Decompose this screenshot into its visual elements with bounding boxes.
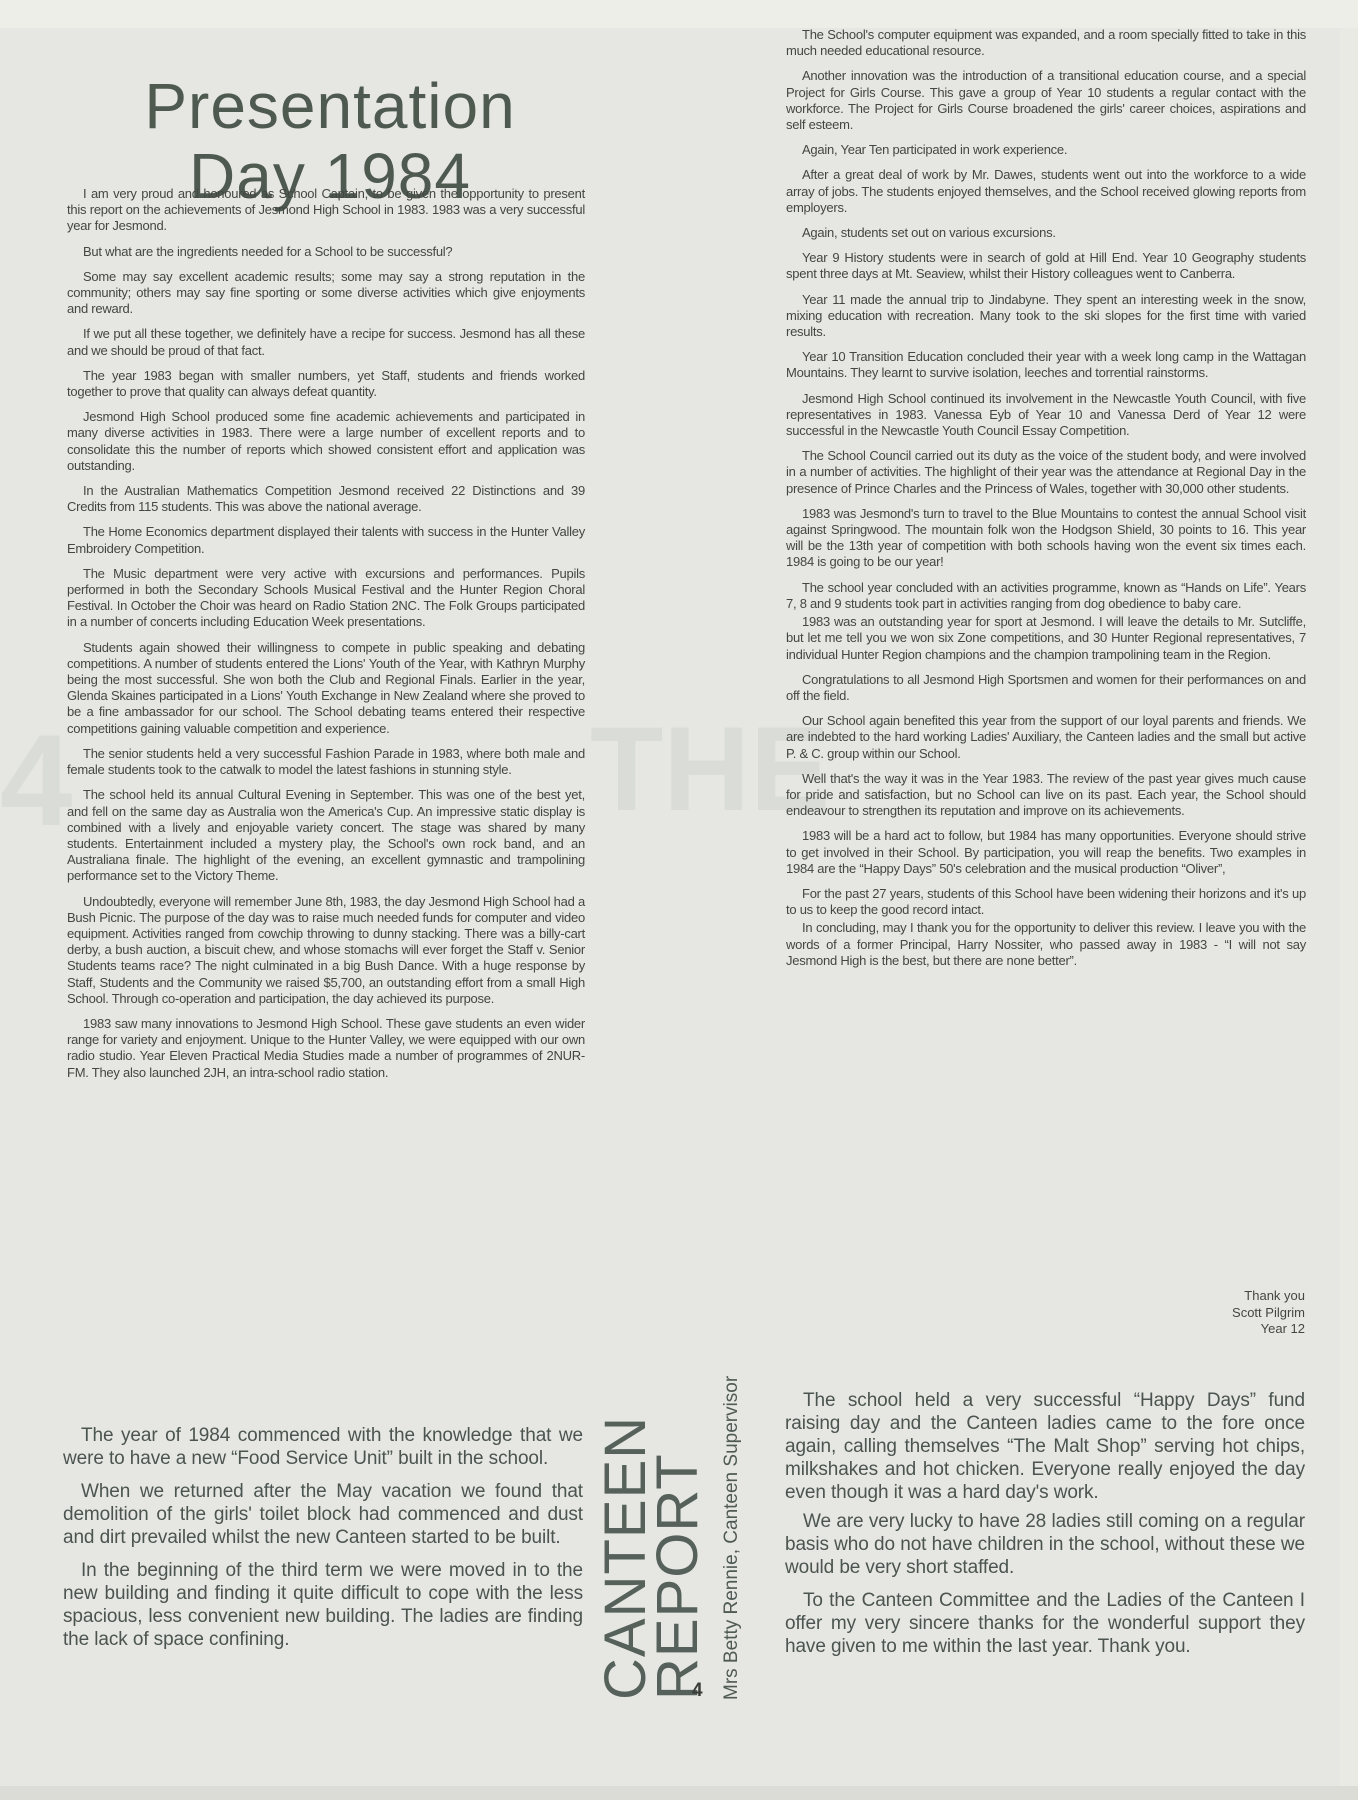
paragraph: The school held a very successful “Happy…: [785, 1389, 1305, 1504]
canteen-report-byline: Mrs Betty Rennie, Canteen Supervisor: [721, 1376, 743, 1700]
paragraph: Our School again benefited this year fro…: [786, 713, 1306, 762]
paragraph: Congratulations to all Jesmond High Spor…: [786, 672, 1306, 704]
paragraph: The school held its annual Cultural Even…: [67, 787, 585, 884]
signature-year: Year 12: [1100, 1321, 1305, 1338]
paragraph: 1983 was Jesmond's turn to travel to the…: [786, 506, 1306, 571]
paragraph: 1983 was an outstanding year for sport a…: [786, 614, 1306, 663]
page-top-margin: [0, 0, 1358, 28]
paragraph: For the past 27 years, students of this …: [786, 886, 1306, 918]
paragraph: In the beginning of the third term we we…: [63, 1559, 583, 1651]
paragraph: 1983 saw many innovations to Jesmond Hig…: [67, 1016, 585, 1081]
paragraph: The school year concluded with an activi…: [786, 580, 1306, 612]
paragraph: Jesmond High School produced some fine a…: [67, 409, 585, 474]
paragraph: If we put all these together, we definit…: [67, 326, 585, 358]
signature-name: Scott Pilgrim: [1100, 1305, 1305, 1322]
paragraph: To the Canteen Committee and the Ladies …: [785, 1589, 1305, 1658]
paragraph: 1983 will be a hard act to follow, but 1…: [786, 828, 1306, 877]
paragraph: After a great deal of work by Mr. Dawes,…: [786, 167, 1306, 216]
paragraph: Undoubtedly, everyone will remember June…: [67, 894, 585, 1007]
title-line-1: Presentation: [144, 70, 515, 142]
paragraph: But what are the ingredients needed for …: [67, 244, 585, 260]
canteen-report-heading: CANTEEN REPORT: [600, 1416, 704, 1700]
report-right-column: The School's computer equipment was expa…: [786, 27, 1306, 978]
paragraph: Year 10 Transition Education concluded t…: [786, 349, 1306, 381]
paragraph: Students again showed their willingness …: [67, 640, 585, 737]
report-left-column: I am very proud and honoured as School C…: [67, 186, 585, 1090]
signature-block: Thank you Scott Pilgrim Year 12: [1100, 1288, 1305, 1338]
paragraph: Well that's the way it was in the Year 1…: [786, 771, 1306, 820]
paragraph: Some may say excellent academic results;…: [67, 269, 585, 318]
paragraph: I am very proud and honoured as School C…: [67, 186, 585, 235]
paragraph: The Music department were very active wi…: [67, 566, 585, 631]
paragraph: Jesmond High School continued its involv…: [786, 391, 1306, 440]
page-number: 4: [692, 1680, 703, 1702]
paragraph: Again, students set out on various excur…: [786, 225, 1306, 241]
signature-thanks: Thank you: [1100, 1288, 1305, 1305]
paragraph: In concluding, may I thank you for the o…: [786, 920, 1306, 969]
heading-line-2: REPORT: [645, 1453, 710, 1700]
paragraph: When we returned after the May vacation …: [63, 1480, 583, 1549]
canteen-report-right: The school held a very successful “Happy…: [785, 1389, 1305, 1664]
paragraph: The School Council carried out its duty …: [786, 448, 1306, 497]
canteen-report-left: The year of 1984 commenced with the know…: [63, 1424, 583, 1661]
paragraph: Year 9 History students were in search o…: [786, 250, 1306, 282]
paragraph: The School's computer equipment was expa…: [786, 27, 1306, 59]
paragraph: In the Australian Mathematics Competitio…: [67, 483, 585, 515]
paragraph: Year 11 made the annual trip to Jindabyn…: [786, 292, 1306, 341]
paragraph: We are very lucky to have 28 ladies stil…: [785, 1510, 1305, 1579]
paragraph: The year 1983 began with smaller numbers…: [67, 368, 585, 400]
paragraph: Again, Year Ten participated in work exp…: [786, 142, 1306, 158]
page-bottom-margin: [0, 1786, 1358, 1800]
paragraph: Another innovation was the introduction …: [786, 68, 1306, 133]
paragraph: The Home Economics department displayed …: [67, 524, 585, 556]
paragraph: The senior students held a very successf…: [67, 746, 585, 778]
paragraph: The year of 1984 commenced with the know…: [63, 1424, 583, 1470]
